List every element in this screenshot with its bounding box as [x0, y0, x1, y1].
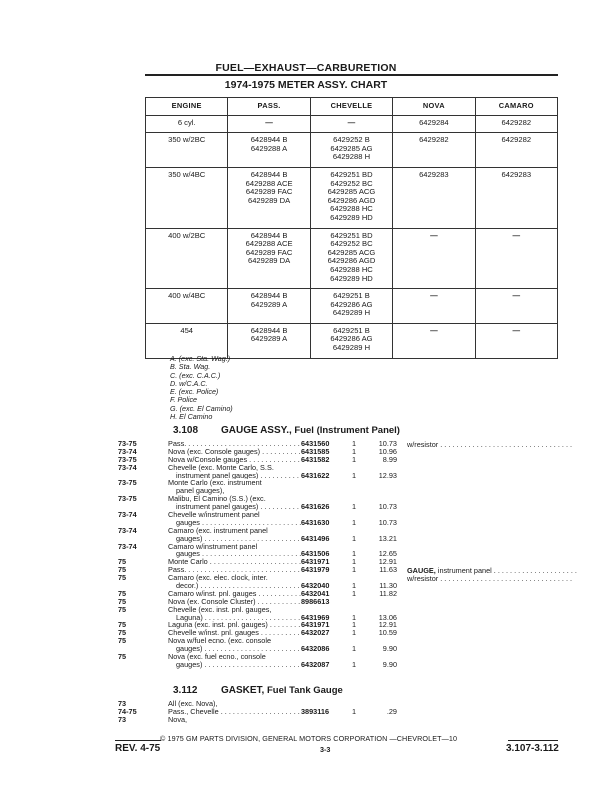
part-number: 6429289 DA: [230, 257, 307, 266]
description-text: gauges): [176, 535, 202, 543]
description-text: Laguna): [176, 614, 203, 622]
part-description: Chevelle (exc. inst. pnl. gauges,: [168, 606, 301, 614]
part-description: All (exc. Nova),: [168, 700, 301, 708]
description-text: Chevelle (exc. inst. pnl. gauges,: [168, 606, 271, 614]
part-description: gauges): [176, 645, 301, 653]
cell-pass: 6428944 B6429288 A: [228, 133, 310, 168]
part-description: Laguna): [176, 614, 301, 622]
price: 9.90: [373, 661, 397, 669]
description-text: instrument panel gauges): [176, 503, 258, 511]
leader-dots: [438, 574, 572, 583]
quantity: 1: [352, 590, 356, 598]
table-header-row: ENGINE PASS. CHEVELLE NOVA CAMARO: [146, 98, 558, 116]
column-header-camaro: CAMARO: [475, 98, 557, 116]
engine-label: 350 w/2BC: [148, 136, 225, 145]
engine-label: 6 cyl.: [148, 119, 225, 128]
not-applicable-dash: —: [313, 119, 390, 128]
part-number: 6429289 DA: [230, 197, 307, 206]
part-number: 6429288 A: [230, 145, 307, 154]
description-text: gauges): [176, 645, 202, 653]
table-row: 350 w/4BC6428944 B6429288 ACE6429289 FAC…: [146, 167, 558, 228]
quantity: 1: [352, 645, 356, 653]
cell-nova: 6429283: [393, 167, 475, 228]
quantity: 1: [352, 535, 356, 543]
footer-rule-right: [508, 740, 558, 741]
part-description: Camaro (exc. elec. clock, inter.: [168, 574, 301, 582]
price: 11.63: [373, 566, 397, 574]
table-row: 400 w/4BC6428944 B6429289 A6429251 B6429…: [146, 289, 558, 324]
model-years: 75: [118, 606, 126, 614]
side-note-resistor-2: w/resistor: [407, 574, 577, 583]
part-number: 6431630: [301, 519, 329, 527]
part-description: Pass.: [168, 440, 301, 448]
description-text: gauges): [176, 661, 202, 669]
leader-dots: [202, 661, 301, 669]
leader-dots: [186, 566, 301, 574]
part-number: 6429282: [395, 136, 472, 145]
part-description: Nova,: [168, 716, 301, 724]
cell-pass: 6428944 B6429288 ACE6429289 FAC6429289 D…: [228, 228, 310, 289]
section-heading-3108: 3.108GAUGE ASSY., Fuel (Instrument Panel…: [173, 425, 400, 436]
table-row: 350 w/2BC6428944 B6429288 A6429252 B6429…: [146, 133, 558, 168]
part-description: Chevelle w/inst. pnl. gauges: [168, 629, 301, 637]
part-description: instrument panel gauges): [176, 503, 301, 511]
description-text: Monte Carlo: [168, 558, 208, 566]
model-years: 75: [118, 637, 126, 645]
leader-dots: [247, 456, 301, 464]
cell-engine: 6 cyl.: [146, 115, 228, 133]
part-description: Monte Carlo: [168, 558, 301, 566]
price: 11.82: [373, 590, 397, 598]
part-number: 6429289 A: [230, 301, 307, 310]
engine-label: 400 w/2BC: [148, 232, 225, 241]
leader-dots: [219, 708, 301, 716]
leader-dots: [438, 440, 572, 449]
description-text: Pass., Chevelle: [168, 708, 219, 716]
cell-chevelle: —: [310, 115, 392, 133]
description-text: Camaro w/inst. pnl. gauges: [168, 590, 256, 598]
cell-nova: —: [393, 228, 475, 289]
table-row: 400 w/2BC6428944 B6429288 ACE6429289 FAC…: [146, 228, 558, 289]
cell-nova: 6429282: [393, 133, 475, 168]
description-text: Nova w/Console gauges: [168, 456, 247, 464]
price: 10.73: [373, 519, 397, 527]
engine-label: 400 w/4BC: [148, 292, 225, 301]
leader-dots: [202, 535, 301, 543]
description-text: gauges: [176, 550, 200, 558]
description-text: Nova (ex. Console Cluster): [168, 598, 256, 606]
section-range: 3.107-3.112: [506, 743, 559, 754]
meter-assy-chart-table: ENGINE PASS. CHEVELLE NOVA CAMARO 6 cyl.…: [145, 97, 558, 359]
leader-dots: [186, 440, 301, 448]
part-description: decor.): [176, 582, 301, 590]
cell-camaro: —: [475, 228, 557, 289]
table-row: 6 cyl.——64292846429282: [146, 115, 558, 133]
section-number: 3.108: [173, 425, 221, 436]
part-number: 6429288 H: [313, 153, 390, 162]
cell-pass: 6428944 B6429289 A: [228, 323, 310, 358]
cell-camaro: 6429282: [475, 115, 557, 133]
part-description: Nova w/fuel ecno. (exc. console: [168, 637, 301, 645]
part-number: 6429289 H: [313, 309, 390, 318]
model-years: 73-74: [118, 543, 137, 551]
part-description: Laguna (exc. inst. pnl. gauges): [168, 621, 301, 629]
footnote: H. El Camino: [170, 413, 233, 421]
description-text: Chevelle (exc. Monte Carlo, S.S.: [168, 464, 274, 472]
quantity: 1: [352, 503, 356, 511]
price: 10.59: [373, 629, 397, 637]
header-rule-top: [145, 74, 558, 76]
cell-chevelle: 6429252 B6429285 AG6429288 H: [310, 133, 392, 168]
section-title-bold: GASKET,: [221, 685, 264, 696]
description-text: Pass.: [168, 566, 186, 574]
page-number: 3-3: [320, 745, 330, 754]
description-text: Camaro (exc. elec. clock, inter.: [168, 574, 268, 582]
not-applicable-dash: —: [478, 232, 555, 241]
cell-engine: 454: [146, 323, 228, 358]
model-years: 73-75: [118, 495, 137, 503]
engine-label: 454: [148, 327, 225, 336]
description-text: Malibu, El Camino (S.S.) (exc.: [168, 495, 266, 503]
revision-label: REV. 4-75: [115, 743, 160, 754]
cell-nova: —: [393, 323, 475, 358]
description-text: Nova w/fuel ecno. (exc. console: [168, 637, 271, 645]
part-description: Malibu, El Camino (S.S.) (exc.: [168, 495, 301, 503]
model-years: 75: [118, 574, 126, 582]
not-applicable-dash: —: [395, 232, 472, 241]
cell-chevelle: 6429251 BD6429252 BC6429285 ACG6429286 A…: [310, 167, 392, 228]
model-years: 73-74: [118, 464, 137, 472]
column-header-chevelle: CHEVELLE: [310, 98, 392, 116]
section-heading-3112: 3.112GASKET, Fuel Tank Gauge: [173, 685, 343, 696]
description-text: Pass.: [168, 440, 186, 448]
part-description: Nova w/Console gauges: [168, 456, 301, 464]
part-description: Camaro w/inst. pnl. gauges: [168, 590, 301, 598]
part-number: 6431979: [301, 566, 329, 574]
cell-camaro: —: [475, 289, 557, 324]
description-text: Laguna (exc. inst. pnl. gauges): [168, 621, 268, 629]
part-description: gauges): [176, 535, 301, 543]
leader-dots: [260, 448, 301, 456]
leader-dots: [208, 558, 301, 566]
model-years: 73-74: [118, 511, 137, 519]
cell-pass: 6428944 B6429288 ACE6429289 FAC6429289 D…: [228, 167, 310, 228]
column-header-engine: ENGINE: [146, 98, 228, 116]
part-number: 6429283: [478, 171, 555, 180]
cell-pass: —: [228, 115, 310, 133]
part-number: 6431622: [301, 472, 329, 480]
quantity: 1: [352, 456, 356, 464]
part-number: 6431626: [301, 503, 329, 511]
not-applicable-dash: —: [395, 327, 472, 336]
description-text: Nova,: [168, 716, 187, 724]
not-applicable-dash: —: [230, 119, 307, 128]
part-description: gauges: [176, 519, 301, 527]
meter-chart-body: 6 cyl.——64292846429282350 w/2BC6428944 B…: [146, 115, 558, 358]
description-text: All (exc. Nova),: [168, 700, 217, 708]
leader-dots: [256, 598, 301, 606]
cell-chevelle: 6429251 B6429286 AG6429289 H: [310, 289, 392, 324]
part-description: Pass., Chevelle: [168, 708, 301, 716]
not-applicable-dash: —: [478, 292, 555, 301]
part-number: 6429289 HD: [313, 214, 390, 223]
cell-engine: 350 w/2BC: [146, 133, 228, 168]
part-number: 6429289 H: [313, 344, 390, 353]
cell-chevelle: 6429251 BD6429252 BC6429285 ACG6429286 A…: [310, 228, 392, 289]
part-number: 6432027: [301, 629, 329, 637]
description-text: Chevelle w/inst. pnl. gauges: [168, 629, 259, 637]
leader-dots: [198, 582, 301, 590]
quantity: 1: [352, 629, 356, 637]
quantity: 1: [352, 519, 356, 527]
part-description: Chevelle w/instrument panel: [168, 511, 301, 519]
section-title: FUEL—EXHAUST—CARBURETION: [0, 62, 612, 74]
model-years: 73-75: [118, 479, 137, 487]
chart-footnotes: A. (exc. Sta. Wag.)B. Sta. Wag.C. (exc. …: [170, 355, 233, 421]
leader-dots: [258, 503, 301, 511]
part-description: Nova (exc. fuel ecno., console: [168, 653, 301, 661]
part-number: 6429289 A: [230, 335, 307, 344]
cell-camaro: 6429283: [475, 167, 557, 228]
leader-dots: [258, 472, 301, 480]
price: 8.99: [373, 456, 397, 464]
side-note-resistor-1: w/resistor: [407, 440, 577, 449]
leader-dots: [259, 629, 301, 637]
description-text: instrument panel gauges): [176, 472, 258, 480]
cell-engine: 350 w/4BC: [146, 167, 228, 228]
part-description: Chevelle (exc. Monte Carlo, S.S.: [168, 464, 301, 472]
leader-dots: [200, 550, 301, 558]
part-number: 6429284: [395, 119, 472, 128]
column-header-pass: PASS.: [228, 98, 310, 116]
description-text: Nova (exc. fuel ecno., console: [168, 653, 266, 661]
model-years: 73-74: [118, 527, 137, 535]
description-text: panel gauges),: [176, 487, 224, 495]
part-number: 6431496: [301, 535, 329, 543]
part-number: 6432087: [301, 661, 329, 669]
description-text: Nova (exc. Console gauges): [168, 448, 260, 456]
quantity: 1: [352, 566, 356, 574]
part-description: gauges: [176, 550, 301, 558]
price: 13.21: [373, 535, 397, 543]
footer-rule-left: [115, 740, 161, 741]
part-number: 6429289 HD: [313, 275, 390, 284]
chart-title: 1974-1975 METER ASSY. CHART: [0, 79, 612, 91]
part-description: Nova (exc. Console gauges): [168, 448, 301, 456]
price: 12.93: [373, 472, 397, 480]
model-years: 73: [118, 716, 126, 724]
section-title-bold: GAUGE ASSY.,: [221, 425, 292, 436]
part-description: Camaro (exc. instrument panel: [168, 527, 301, 535]
part-number: 8986613: [301, 598, 329, 606]
table-row: 4546428944 B6429289 A6429251 B6429286 AG…: [146, 323, 558, 358]
description-text: gauges: [176, 519, 200, 527]
description-text: Camaro w/instrument panel: [168, 543, 257, 551]
leader-dots: [256, 590, 301, 598]
part-description: panel gauges),: [176, 487, 301, 495]
part-number: 6429282: [478, 119, 555, 128]
section-number: 3.112: [173, 685, 221, 696]
description-text: decor.): [176, 582, 198, 590]
engine-label: 350 w/4BC: [148, 171, 225, 180]
part-number: 6432086: [301, 645, 329, 653]
cell-chevelle: 6429251 B6429286 AG6429289 H: [310, 323, 392, 358]
section-title-rest: Fuel (Instrument Panel): [292, 425, 400, 436]
leader-dots: [202, 645, 301, 653]
column-header-nova: NOVA: [393, 98, 475, 116]
part-description: Pass.: [168, 566, 301, 574]
part-description: instrument panel gauges): [176, 472, 301, 480]
side-note-text: w/resistor: [407, 440, 438, 449]
part-description: Nova (ex. Console Cluster): [168, 598, 301, 606]
side-note-text: w/resistor: [407, 574, 438, 583]
leader-dots: [200, 519, 301, 527]
model-years: 75: [118, 653, 126, 661]
part-description: Monte Carlo (exc. instrument: [168, 479, 301, 487]
cell-nova: 6429284: [393, 115, 475, 133]
copyright-notice: © 1975 GM PARTS DIVISION, GENERAL MOTORS…: [160, 734, 457, 743]
part-description: gauges): [176, 661, 301, 669]
part-number: 6429282: [478, 136, 555, 145]
leader-dots: [268, 621, 301, 629]
part-description: Camaro w/instrument panel: [168, 543, 301, 551]
leader-dots: [203, 614, 301, 622]
description-text: Monte Carlo (exc. instrument: [168, 479, 262, 487]
not-applicable-dash: —: [478, 327, 555, 336]
cell-nova: —: [393, 289, 475, 324]
not-applicable-dash: —: [395, 292, 472, 301]
description-text: Chevelle w/instrument panel: [168, 511, 260, 519]
description-text: Camaro (exc. instrument panel: [168, 527, 268, 535]
quantity: 1: [352, 661, 356, 669]
cell-engine: 400 w/2BC: [146, 228, 228, 289]
cell-camaro: —: [475, 323, 557, 358]
cell-engine: 400 w/4BC: [146, 289, 228, 324]
section-title-rest: Fuel Tank Gauge: [264, 685, 342, 696]
quantity: 1: [352, 472, 356, 480]
cell-camaro: 6429282: [475, 133, 557, 168]
part-number: 6431582: [301, 456, 329, 464]
price: .29: [373, 708, 397, 716]
part-number: 6429283: [395, 171, 472, 180]
part-number: 3893116: [301, 708, 329, 716]
price: 9.90: [373, 645, 397, 653]
quantity: 1: [352, 708, 356, 716]
cell-pass: 6428944 B6429289 A: [228, 289, 310, 324]
price: 10.73: [373, 503, 397, 511]
